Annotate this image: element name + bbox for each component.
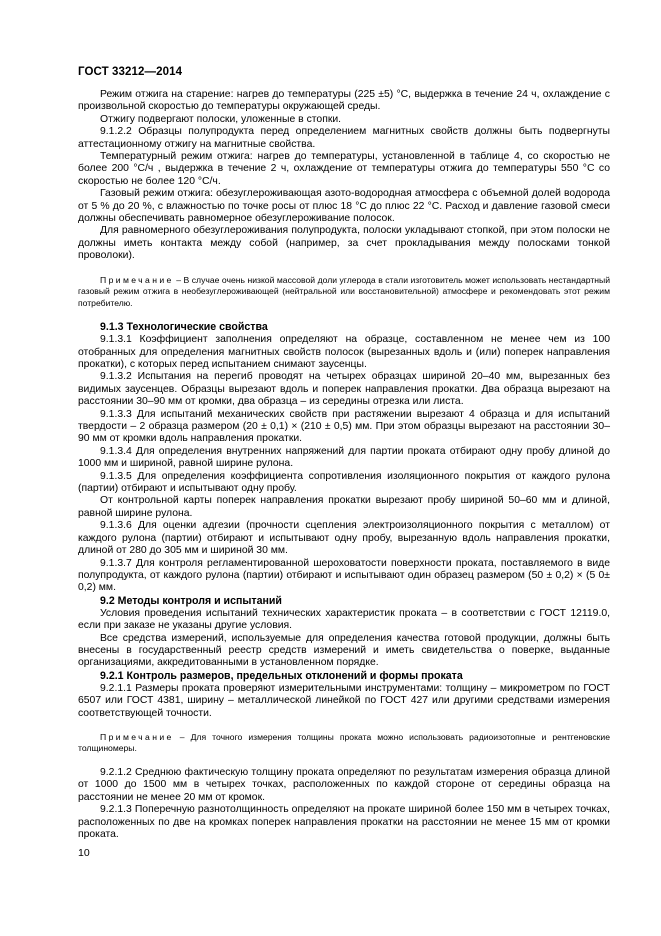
paragraph-9-1-3-1: 9.1.3.1 Коэффициент заполнения определяю… [78, 334, 610, 371]
paragraph-9-1-3-6: 9.1.3.6 Для оценки адгезии (прочности сц… [78, 520, 610, 557]
paragraph-9-1-3-5: 9.1.3.5 Для определения коэффициента соп… [78, 471, 610, 496]
heading-9-2: 9.2 Методы контроля и испытаний [78, 595, 610, 608]
spacer [78, 720, 610, 732]
document-header: ГОСТ 33212—2014 [78, 66, 610, 78]
note-label: Примечание [100, 732, 174, 742]
paragraph-9-1-3-2: 9.1.3.2 Испытания на перегиб проводят на… [78, 371, 610, 408]
paragraph-9-1-2-2: 9.1.2.2 Образцы полупродукта перед опред… [78, 126, 610, 151]
paragraph-gas-mode: Газовый режим отжига: обезуглероживающая… [78, 188, 610, 225]
paragraph-9-2-1-1: 9.2.1.1 Размеры проката проверяют измери… [78, 683, 610, 720]
note-1: Примечание – В случае очень низкой массо… [78, 275, 610, 310]
note-label: Примечание [100, 275, 174, 285]
note-2: Примечание – Для точного измерения толщи… [78, 732, 610, 755]
spacer [78, 263, 610, 275]
heading-9-1-3: 9.1.3 Технологические свойства [78, 321, 610, 334]
paragraph-decarburization: Для равномерного обезуглероживания полуп… [78, 225, 610, 262]
paragraph-9-1-3-7: 9.1.3.7 Для контроля регламентированной … [78, 558, 610, 595]
spacer [78, 755, 610, 767]
paragraph-9-2-1-3: 9.2.1.3 Поперечную разнотолщинность опре… [78, 804, 610, 841]
paragraph-test-conditions: Условия проведения испытаний технических… [78, 608, 610, 633]
paragraph-9-2-1-2: 9.2.1.2 Среднюю фактическую толщину прок… [78, 767, 610, 804]
paragraph-control-card: От контрольной карты поперек направления… [78, 495, 610, 520]
paragraph-9-1-3-4: 9.1.3.4 Для определения внутренних напря… [78, 446, 610, 471]
paragraph-measuring-instruments: Все средства измерений, используемые для… [78, 633, 610, 670]
heading-9-2-1: 9.2.1 Контроль размеров, предельных откл… [78, 670, 610, 683]
paragraph-temperature-mode: Температурный режим отжига: нагрев до те… [78, 151, 610, 188]
spacer [78, 309, 610, 321]
paragraph-aging-anneal: Режим отжига на старение: нагрев до темп… [78, 89, 610, 114]
page-number: 10 [78, 847, 610, 859]
paragraph-9-1-3-3: 9.1.3.3 Для испытаний механических свойс… [78, 409, 610, 446]
paragraph-stacks: Отжигу подвергают полоски, уложенные в с… [78, 114, 610, 126]
document-page: ГОСТ 33212—2014 Режим отжига на старение… [78, 66, 610, 859]
